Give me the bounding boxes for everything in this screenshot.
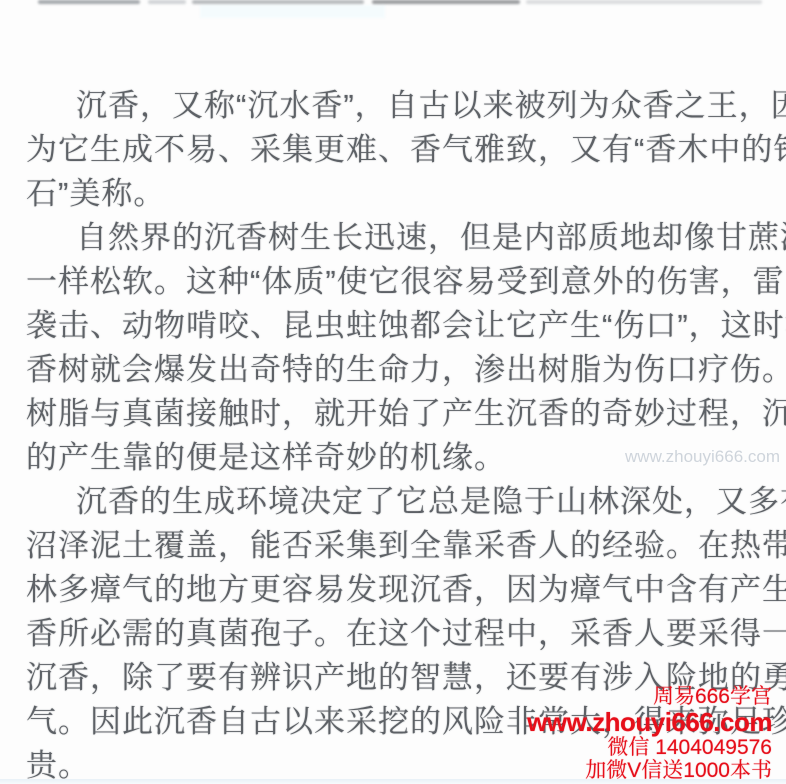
text-line: 沼泽泥土覆盖，能否采集到全靠采香人的经验。在热带雨 — [26, 524, 768, 568]
text-line: 袭击、动物啃咬、昆虫蛀蚀都会让它产生“伤口”，这时沉 — [26, 304, 768, 348]
text-line: 自然界的沉香树生长迅速，但是内部质地却像甘蔗渣 — [26, 216, 768, 260]
top-edge-smudge — [526, 0, 762, 4]
text-line: 香树就会爆发出奇特的生命力，渗出树脂为伤口疗伤。当 — [26, 348, 768, 392]
faint-watermark: www.zhouyi666.com — [625, 447, 780, 467]
body-text: 沉香，又称“沉水香”，自古以来被列为众香之王，因为它生成不易、采集更难、香气雅致… — [26, 84, 768, 784]
top-edge-smudge — [148, 0, 186, 4]
paragraph: 沉香，又称“沉水香”，自古以来被列为众香之王，因为它生成不易、采集更难、香气雅致… — [26, 84, 768, 216]
text-line: 一样松软。这种“体质”使它很容易受到意外的伤害，雷电 — [26, 260, 768, 304]
text-line: 沉香，又称“沉水香”，自古以来被列为众香之王，因 — [26, 84, 768, 128]
paragraph: 自然界的沉香树生长迅速，但是内部质地却像甘蔗渣一样松软。这种“体质”使它很容易受… — [26, 216, 768, 480]
watermark-site-name: 周易666学宫 — [527, 685, 772, 708]
text-line: 沉香的生成环境决定了它总是隐于山林深处，又多有 — [26, 480, 768, 524]
page-bottom-edge — [0, 779, 786, 784]
watermark-wechat-id: 微信 1404049576 — [527, 736, 772, 759]
top-edge-smudge — [38, 0, 140, 4]
text-line: 树脂与真菌接触时，就开始了产生沉香的奇妙过程，沉香 — [26, 392, 768, 436]
top-edge-tint — [200, 5, 385, 18]
watermark-url: www.zhouyi666.com — [527, 708, 772, 736]
text-line: 林多瘴气的地方更容易发现沉香，因为瘴气中含有产生沉 — [26, 568, 768, 612]
text-line: 石”美称。 — [26, 172, 768, 216]
text-line: 香所必需的真菌孢子。在这个过程中，采香人要采得一块 — [26, 612, 768, 656]
page: { "colors": { "background": "#fdfdfd", "… — [0, 0, 786, 784]
text-line: 为它生成不易、采集更难、香气雅致，又有“香木中的钻 — [26, 128, 768, 172]
top-edge-smudge — [192, 0, 364, 4]
top-edge-artifact — [0, 0, 786, 8]
watermark-block: 周易666学宫 www.zhouyi666.com 微信 1404049576 … — [527, 685, 772, 782]
top-edge-smudge — [372, 0, 520, 4]
